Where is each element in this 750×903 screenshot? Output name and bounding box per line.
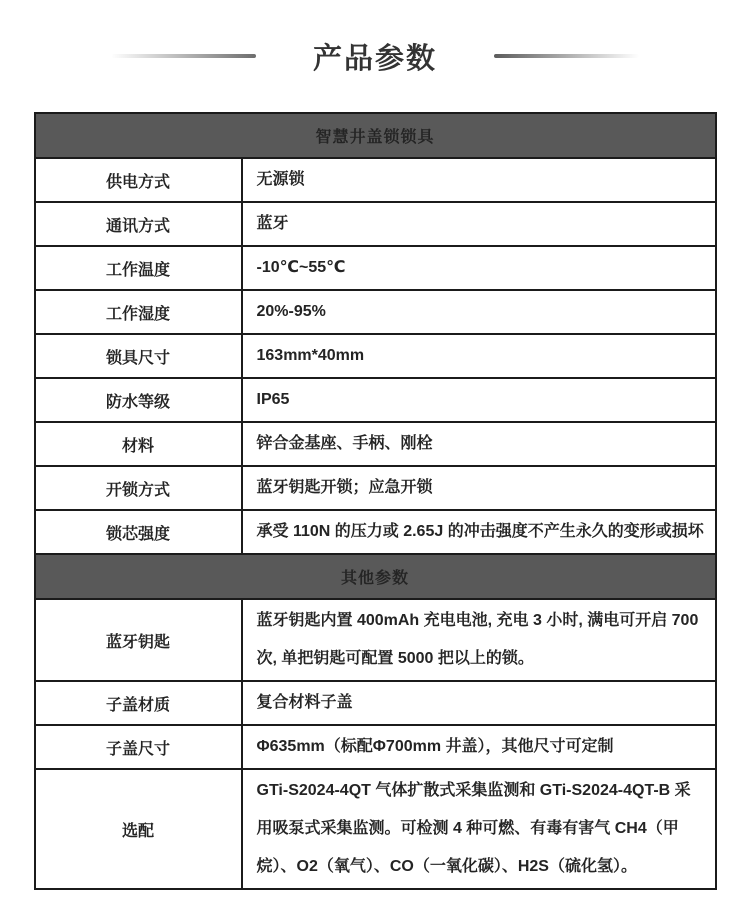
spec-label: 工作温度	[35, 246, 242, 290]
spec-value: 20%-95%	[242, 290, 716, 334]
spec-label: 工作湿度	[35, 290, 242, 334]
table-section-header-row: 智慧井盖锁锁具	[35, 113, 716, 158]
table-row: 开锁方式 蓝牙钥匙开锁；应急开锁	[35, 466, 716, 510]
spec-value: -10℃~55℃	[242, 246, 716, 290]
spec-label: 锁具尺寸	[35, 334, 242, 378]
product-parameters-page: 产品参数 智慧井盖锁锁具 供电方式 无源锁 通讯方式 蓝牙 工作温度 -10℃~…	[0, 0, 750, 903]
table-row: 供电方式 无源锁	[35, 158, 716, 202]
spec-value: 163mm*40mm	[242, 334, 716, 378]
spec-value: 蓝牙钥匙内置 400mAh 充电电池, 充电 3 小时, 满电可开启 700 次…	[242, 599, 716, 681]
spec-value: 无源锁	[242, 158, 716, 202]
spec-value: IP65	[242, 378, 716, 422]
spec-label: 材料	[35, 422, 242, 466]
spec-value: 复合材料子盖	[242, 681, 716, 725]
spec-label: 子盖尺寸	[35, 725, 242, 769]
product-specs-table: 智慧井盖锁锁具 供电方式 无源锁 通讯方式 蓝牙 工作温度 -10℃~55℃ 工…	[34, 112, 717, 890]
spec-label: 防水等级	[35, 378, 242, 422]
spec-label: 子盖材质	[35, 681, 242, 725]
spec-label: 开锁方式	[35, 466, 242, 510]
table-row: 选配 GTi-S2024-4QT 气体扩散式采集监测和 GTi-S2024-4Q…	[35, 769, 716, 889]
spec-value: 蓝牙	[242, 202, 716, 246]
spec-value: 承受 110N 的压力或 2.65J 的冲击强度不产生永久的变形或损坏	[242, 510, 716, 554]
spec-label: 通讯方式	[35, 202, 242, 246]
section-header-other: 其他参数	[35, 554, 716, 599]
table-row: 子盖材质 复合材料子盖	[35, 681, 716, 725]
table-row: 工作温度 -10℃~55℃	[35, 246, 716, 290]
table-row: 子盖尺寸 Φ635mm（标配Φ700mm 井盖），其他尺寸可定制	[35, 725, 716, 769]
spec-value: 蓝牙钥匙开锁；应急开锁	[242, 466, 716, 510]
spec-label: 锁芯强度	[35, 510, 242, 554]
page-title: 产品参数	[313, 36, 437, 77]
spec-label: 选配	[35, 769, 242, 889]
table-row: 锁芯强度 承受 110N 的压力或 2.65J 的冲击强度不产生永久的变形或损坏	[35, 510, 716, 554]
table-row: 锁具尺寸 163mm*40mm	[35, 334, 716, 378]
title-decor-line-right	[494, 54, 639, 58]
table-row: 蓝牙钥匙 蓝牙钥匙内置 400mAh 充电电池, 充电 3 小时, 满电可开启 …	[35, 599, 716, 681]
table-row: 通讯方式 蓝牙	[35, 202, 716, 246]
table-row: 工作湿度 20%-95%	[35, 290, 716, 334]
spec-value: Φ635mm（标配Φ700mm 井盖），其他尺寸可定制	[242, 725, 716, 769]
spec-value: 锌合金基座、手柄、刚栓	[242, 422, 716, 466]
table-row: 材料 锌合金基座、手柄、刚栓	[35, 422, 716, 466]
title-decor-line-left	[111, 54, 256, 58]
table-section-header-row: 其他参数	[35, 554, 716, 599]
spec-label: 蓝牙钥匙	[35, 599, 242, 681]
spec-value: GTi-S2024-4QT 气体扩散式采集监测和 GTi-S2024-4QT-B…	[242, 769, 716, 889]
section-header-lock: 智慧井盖锁锁具	[35, 113, 716, 158]
spec-label: 供电方式	[35, 158, 242, 202]
table-row: 防水等级 IP65	[35, 378, 716, 422]
section-title-block: 产品参数	[0, 0, 750, 112]
